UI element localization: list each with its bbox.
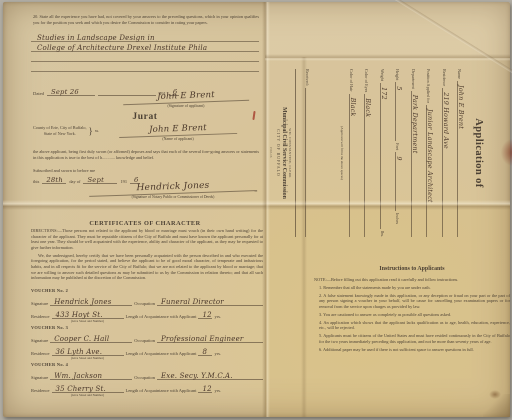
handwritten-feet: 5 — [396, 86, 404, 90]
instructions-note: NOTE:—Before filling out this applicatio… — [314, 277, 510, 283]
voucher-signature: Cooper C. Hall — [54, 335, 109, 343]
instruction-item-1: 1. Remember that all the statements made… — [314, 285, 510, 291]
hair-row: Color of Hair Black — [349, 69, 358, 237]
name-label: Name — [458, 69, 463, 79]
occupation-fill: Exe. Secy. Y.M.C.A. — [157, 371, 263, 380]
day-fill: 28th — [42, 175, 66, 184]
length-fill: 12 — [198, 310, 212, 319]
voucher-list: VOUCHER No. 2 Signature Hendrick Jones O… — [31, 288, 263, 399]
commission-city: CITY OF BUFFALO — [276, 69, 280, 237]
length-label: Length of Acquaintance with Applicant — [126, 314, 197, 319]
print-code: 1503-16 — [269, 57, 273, 247]
residence-row: Residence 219 Howard Ave — [442, 69, 451, 237]
answer-line: Studies in Landscape Design in — [31, 32, 259, 42]
instruction-item-6: 6. Additional paper may be used if there… — [314, 347, 510, 353]
length-fill: 12 — [198, 384, 212, 393]
eyes-fill: Black — [365, 94, 374, 237]
scan-background: 20. State all the experience you have ha… — [0, 0, 512, 420]
instructions-section: Instructions to Applicants NOTE:—Before … — [314, 266, 510, 355]
handwritten-date: Sept 26 — [51, 88, 79, 96]
voucher-heading: VOUCHER No. 4 — [31, 362, 263, 367]
handwritten-eye-color: Black — [365, 98, 373, 117]
day-of-label: day of — [69, 179, 80, 184]
voucher-heading: VOUCHER No. 2 — [31, 288, 263, 293]
jurat-heading: Jurat — [31, 112, 259, 122]
subscribed-text: Subscribed and sworn to before me — [33, 168, 95, 173]
handwritten-hair-color: Black — [349, 98, 357, 117]
position-label: Position Applied for — [427, 69, 432, 103]
signature-fill: Wm. Jackson — [50, 371, 132, 380]
position-fill: Junior Landscape Architect — [427, 105, 436, 237]
answer-line-blank — [31, 52, 259, 62]
certification-paragraph: We, the undersigned, hereby certify that… — [31, 253, 263, 281]
yrs-label: yrs. — [214, 351, 221, 356]
length-fill: 8 — [198, 347, 212, 356]
question-20-text: 20. State all the experience you have ha… — [33, 14, 259, 25]
back-panel-tint — [265, 2, 510, 57]
question-20-answer-lines: Studies in Landscape Design in College o… — [31, 32, 259, 72]
voucher-signature: Hendrick Jones — [54, 298, 111, 306]
name-fill: John E Brent — [458, 81, 467, 237]
eyes-label: Color of Eyes — [365, 69, 370, 92]
occupation-fill: Professional Engineer — [157, 334, 263, 343]
voucher-occupation: Professional Engineer — [161, 335, 243, 343]
application-left-page: 20. State all the experience you have ha… — [31, 12, 263, 414]
handwritten-day: 28th — [46, 176, 63, 184]
instruction-item-4: 4. An application which shows that the a… — [314, 320, 510, 331]
residence-fill: 433 Hoyt St.(Give Street and Number) — [52, 310, 124, 319]
clerk-name: WM. CONSTANTINE, CLERK — [288, 69, 292, 237]
applicant-name-signature: John E Brent — [119, 122, 237, 138]
residence-label: Residence — [31, 351, 50, 356]
length-label: Length of Acquaintance with Applicant — [126, 351, 197, 356]
certificates-heading: CERTIFICATES OF CHARACTER — [31, 220, 259, 227]
voucher-residence-row: Residence 433 Hoyt St.(Give Street and N… — [31, 310, 263, 319]
corner-fold-shadow — [483, 394, 510, 417]
voucher-residence-row: Residence 35 Cherry St.(Give Street and … — [31, 384, 263, 393]
street-note: (Give Street and Number) — [52, 393, 124, 397]
dated-label: Dated — [33, 91, 44, 96]
signature-caption: (Signature of applicant) — [123, 104, 249, 108]
answer-line-blank — [31, 62, 259, 72]
handwritten-weight: 172 — [380, 87, 388, 100]
occupation-fill: Funeral Director — [157, 297, 263, 306]
instruction-item-5: 5. Applicants must be citizens of the Un… — [314, 333, 510, 344]
residence-label: Residence — [31, 388, 50, 393]
county-line-2: State of New York. — [33, 131, 87, 137]
handwritten-name: John E Brent — [458, 85, 466, 129]
voucher-signature-row: Signature Wm. Jackson Occupation Exe. Se… — [31, 371, 263, 380]
handwritten-inches: 9 — [396, 156, 404, 160]
department-label: Department — [411, 69, 416, 89]
brace-glyph: } — [89, 126, 93, 136]
received-row: Received: — [305, 69, 314, 237]
residence-label: Residence — [31, 314, 50, 319]
name-caption: (Name of applicant) — [119, 137, 237, 141]
street-note: (Give Street and Number) — [52, 356, 124, 360]
yrs-label: yrs. — [214, 314, 221, 319]
received-label: Received: — [305, 69, 310, 86]
voucher-heading: VOUCHER No. 3 — [31, 325, 263, 330]
voucher-3: VOUCHER No. 3 Signature Cooper C. Hall O… — [31, 325, 263, 356]
weight-fill: 172 — [380, 83, 389, 229]
instructions-heading: Instructions to Applicants — [314, 266, 510, 274]
residence-fill: 219 Howard Ave — [442, 88, 451, 237]
voucher-occupation: Exe. Secy. Y.M.C.A. — [161, 372, 233, 380]
feet-label: Feet — [396, 143, 401, 150]
hair-label: Color of Hair — [349, 69, 354, 92]
yrs-label: yrs. — [214, 388, 221, 393]
position-row: Position Applied for Junior Landscape Ar… — [427, 69, 436, 237]
received-fill — [305, 88, 314, 237]
voucher-signature-row: Signature Cooper C. Hall Occupation Prof… — [31, 334, 263, 343]
handwritten-answer: College of Architecture Drexel Institute… — [37, 44, 207, 52]
voucher-signature-row: Signature Hendrick Jones Occupation Fune… — [31, 297, 263, 306]
occupation-label: Occupation — [134, 338, 155, 343]
handwritten-answer: Studies in Landscape Design in — [37, 34, 155, 42]
directions-paragraph: DIRECTIONS:—Those persons not related to… — [31, 228, 263, 251]
name-row: Name John E Brent — [458, 69, 467, 237]
county-line-1: County of Erie, City of Buffalo, — [33, 125, 87, 131]
residence-fill: 36 Lyth Ave.(Give Street and Number) — [52, 347, 124, 356]
voucher-2: VOUCHER No. 2 Signature Hendrick Jones O… — [31, 288, 263, 319]
inches-label: Inches — [396, 213, 401, 224]
department-fill: Park Department — [411, 91, 420, 237]
county-venue-block: County of Erie, City of Buffalo, State o… — [33, 125, 99, 136]
weight-label: Weight — [380, 69, 385, 81]
voucher-residence-row: Residence 36 Lyth Ave.(Give Street and N… — [31, 347, 263, 356]
voucher-length: 8 — [202, 348, 207, 356]
height-label: Height — [396, 69, 401, 80]
instruction-item-3: 3. You are cautioned to answer as comple… — [314, 312, 510, 318]
weight-row: Weight 172 lbs. — [380, 69, 389, 237]
hair-fill: Black — [349, 94, 358, 237]
department-row: Department Park Department — [411, 69, 420, 237]
notary-signature-block: Hendrick Jones (Signature of Notary Publ… — [89, 182, 257, 199]
eyes-row: Color of Eyes Black — [365, 69, 374, 237]
handwritten-residence: 219 Howard Ave — [442, 92, 450, 149]
lbs-label: lbs. — [380, 231, 385, 237]
voucher-occupation: Funeral Director — [161, 298, 224, 306]
application-cover-panel-rotated: Application of Name John E Brent Residen… — [268, 57, 512, 247]
commission-block: WM. CONSTANTINE, CLERK Municipal Civil S… — [276, 69, 292, 237]
height-feet-fill: 5 — [396, 82, 405, 141]
signature-label: Signature — [31, 375, 48, 380]
voucher-length: 12 — [202, 385, 211, 393]
applicant-signature-block: John E Brent (Signature of applicant) — [123, 91, 249, 108]
height-inches-fill: 9 — [396, 152, 405, 211]
answer-line: College of Architecture Drexel Institute… — [31, 42, 259, 52]
handwritten-department: Park Department — [411, 95, 419, 154]
occupation-label: Occupation — [134, 301, 155, 306]
voucher-4: VOUCHER No. 4 Signature Wm. Jackson Occu… — [31, 362, 263, 393]
residence-label: Residence — [442, 69, 447, 86]
signature-fill: Hendrick Jones — [50, 297, 132, 306]
applicant-name-block: John E Brent (Name of applicant) — [119, 124, 237, 141]
signature-label: Signature — [31, 301, 48, 306]
fill-in-note: (Applicant will fill in the above spaces… — [340, 69, 344, 237]
document-paper: 20. State all the experience you have ha… — [3, 2, 510, 417]
oath-text: the above applicant, being first duly sw… — [33, 149, 259, 160]
signature-label: Signature — [31, 338, 48, 343]
height-row: Height 5 Feet 9 Inches — [396, 69, 405, 237]
length-label: Length of Acquaintance with Applicant — [126, 388, 197, 393]
signature-fill: Cooper C. Hall — [50, 334, 132, 343]
application-of-title: Application of — [473, 69, 484, 237]
red-stain-right-edge — [501, 139, 512, 166]
voucher-length: 12 — [202, 311, 211, 319]
instruction-item-2: 2. A false statement knowingly made in t… — [314, 293, 510, 310]
certificates-directions: DIRECTIONS:—Those persons not related to… — [31, 228, 263, 283]
ss-label: ss. — [95, 128, 99, 133]
handwritten-position: Junior Landscape Architect — [427, 109, 435, 203]
commission-name: Municipal Civil Service Commission — [281, 69, 287, 237]
dated-fill: Sept 26 — [47, 87, 95, 96]
this-label: this — [33, 179, 39, 184]
occupation-label: Occupation — [134, 375, 155, 380]
commission-divider — [295, 69, 296, 237]
street-note: (Give Street and Number) — [52, 319, 124, 323]
residence-fill: 35 Cherry St.(Give Street and Number) — [52, 384, 124, 393]
applicant-signature: John E Brent — [123, 89, 249, 105]
voucher-signature: Wm. Jackson — [54, 372, 102, 380]
